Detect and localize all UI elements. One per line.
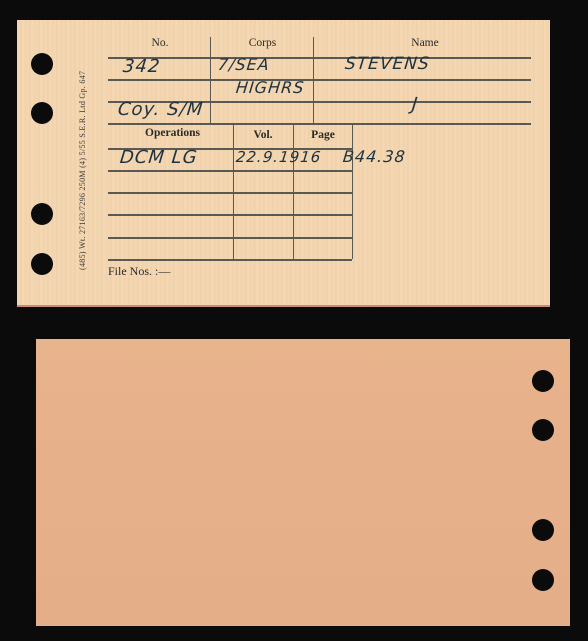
header-page: Page <box>297 129 349 141</box>
punch-hole <box>532 519 554 541</box>
corps-line-1: 7/SEA <box>217 55 271 74</box>
vol-entry: 22.9.1916 <box>235 148 322 166</box>
punch-hole <box>31 102 53 124</box>
column-divider <box>313 37 314 123</box>
table-row-line <box>108 214 352 216</box>
table-border <box>352 125 353 259</box>
corps-line-2: HIGHRS <box>235 78 305 97</box>
rule-line <box>108 79 531 81</box>
header-vol: Vol. <box>237 129 289 141</box>
column-divider <box>210 37 211 123</box>
operations-entry: DCM LG <box>119 147 199 168</box>
page-entry: B44.38 <box>342 147 407 166</box>
punch-hole <box>31 253 53 275</box>
table-row-line <box>108 259 352 261</box>
surname: STEVENS <box>344 54 431 74</box>
table-row-line <box>108 237 352 239</box>
punch-hole <box>532 419 554 441</box>
header-operations: Operations <box>120 127 225 139</box>
printer-imprint: (485) Wt. 27163/7296 250M (4) 5/55 S.E.R… <box>78 71 87 270</box>
rule-line <box>108 123 531 125</box>
service-number: 342 <box>122 56 162 77</box>
header-corps: Corps <box>220 37 305 49</box>
header-no: No. <box>120 37 200 49</box>
index-card-back <box>36 339 570 626</box>
file-nos-label: File Nos. :— <box>108 264 170 279</box>
table-row-line <box>108 192 352 194</box>
punch-hole <box>532 569 554 591</box>
punch-hole <box>31 53 53 75</box>
punch-hole <box>532 370 554 392</box>
punch-hole <box>31 203 53 225</box>
table-row-line <box>108 170 352 172</box>
company: Coy. S/M <box>117 99 205 120</box>
rule-line <box>108 57 531 59</box>
header-name: Name <box>330 37 520 49</box>
